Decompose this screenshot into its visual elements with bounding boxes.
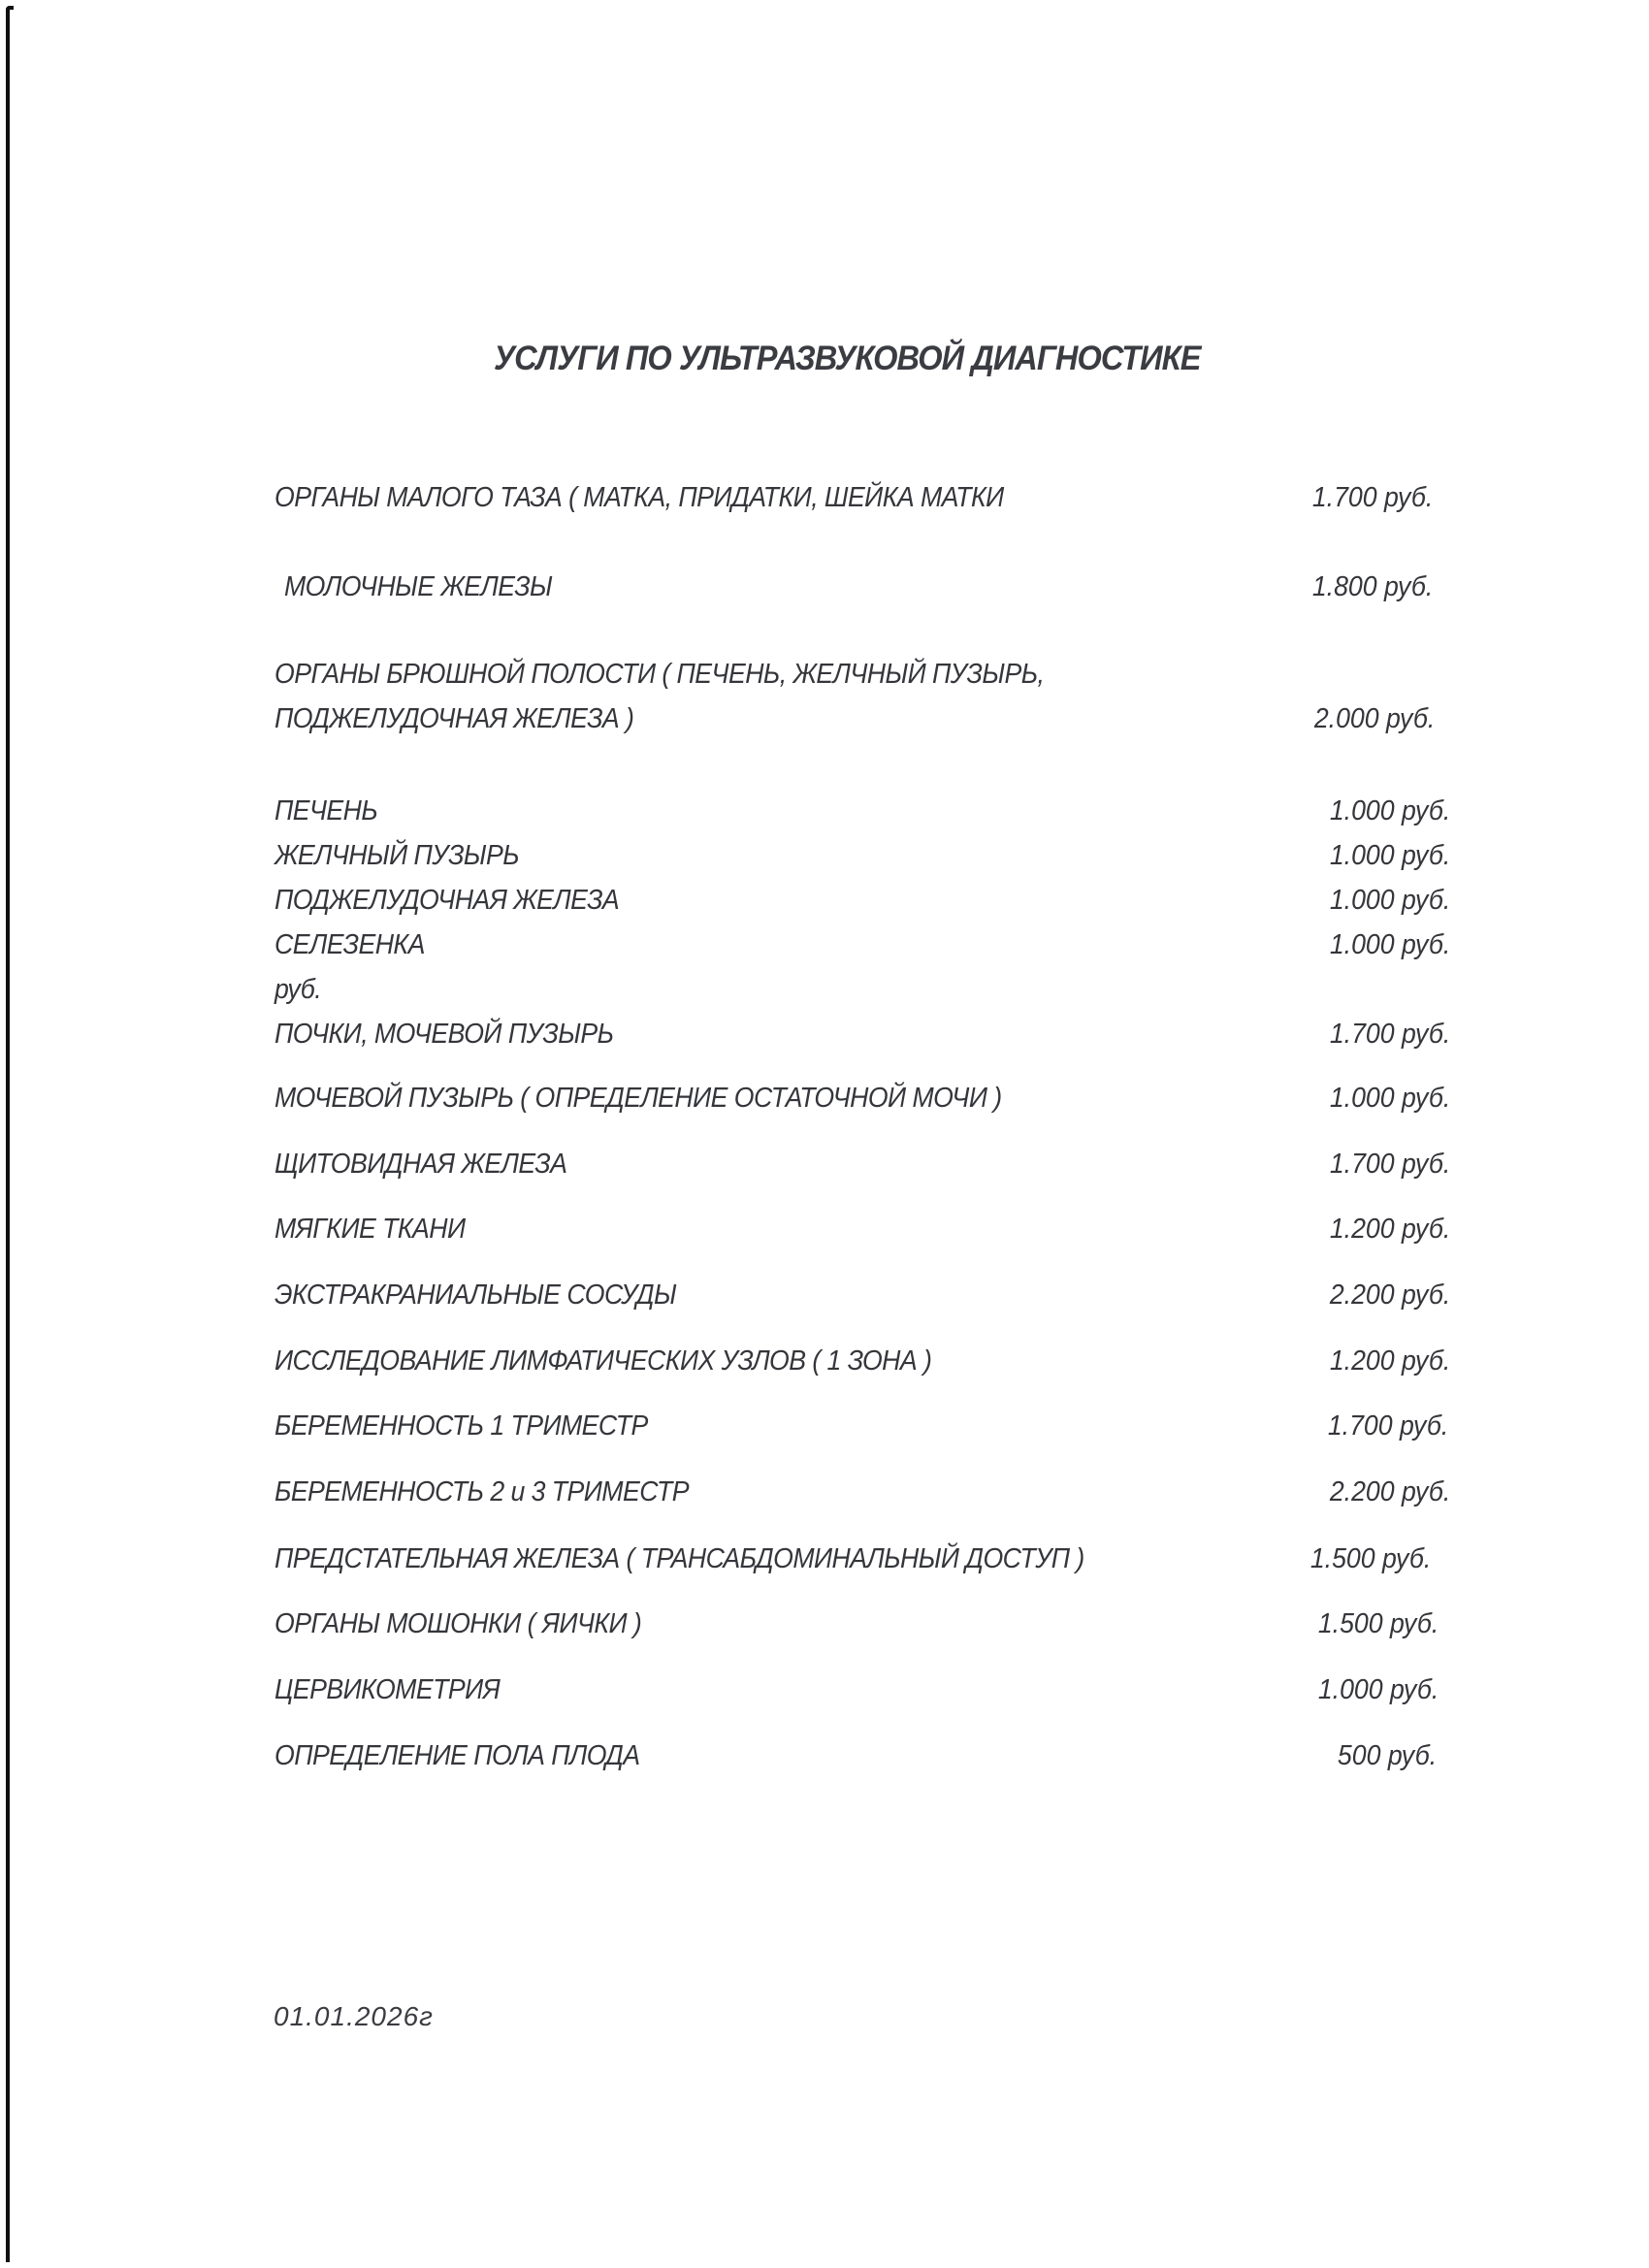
service-price: 1.000 руб. <box>1330 929 1450 961</box>
service-name: ОРГАНЫ МОШОНКИ ( ЯИЧКИ ) <box>275 1608 641 1640</box>
service-price: 1.000 руб. <box>1330 1083 1450 1115</box>
service-price: 2.200 руб. <box>1330 1280 1450 1312</box>
price-row: БЕРЕМЕННОСТЬ 2 и 3 ТРИМЕСТР 2.200 руб. <box>275 1476 1458 1515</box>
service-price: 1.700 руб. <box>1328 1410 1448 1442</box>
service-price: 1.700 руб. <box>1312 482 1433 514</box>
price-row: ОПРЕДЕЛЕНИЕ ПОЛА ПЛОДА 500 руб. <box>275 1740 1458 1779</box>
price-row: ИССЛЕДОВАНИЕ ЛИМФАТИЧЕСКИХ УЗЛОВ ( 1 ЗОН… <box>275 1345 1458 1384</box>
service-price: 1.800 руб. <box>1312 571 1433 603</box>
service-price: 1.500 руб. <box>1318 1608 1439 1640</box>
service-name: ПОЧКИ, МОЧЕВОЙ ПУЗЫРЬ <box>275 1019 613 1051</box>
service-name: ОРГАНЫ МАЛОГО ТАЗА ( МАТКА, ПРИДАТКИ, ШЕ… <box>275 482 1004 514</box>
price-row: МОЛОЧНЫЕ ЖЕЛЕЗЫ 1.800 руб. <box>275 571 1458 610</box>
service-price: 1.000 руб. <box>1318 1674 1439 1706</box>
price-row: ЭКСТРАКРАНИАЛЬНЫЕ СОСУДЫ 2.200 руб. <box>275 1280 1458 1318</box>
price-row: ПОДЖЕЛУДОЧНАЯ ЖЕЛЕЗА ) 2.000 руб. <box>275 703 1458 742</box>
price-row: МОЧЕВОЙ ПУЗЫРЬ ( ОПРЕДЕЛЕНИЕ ОСТАТОЧНОЙ … <box>275 1083 1458 1121</box>
service-price: 1.700 руб. <box>1330 1019 1450 1051</box>
price-row: ПЕЧЕНЬ 1.000 руб. <box>275 795 1458 834</box>
service-name: ПОДЖЕЛУДОЧНАЯ ЖЕЛЕЗА <box>275 885 619 917</box>
page-title: УСЛУГИ ПО УЛЬТРАЗВУКОВОЙ ДИАГНОСТИКЕ <box>58 340 1592 378</box>
service-name: ЭКСТРАКРАНИАЛЬНЫЕ СОСУДЫ <box>275 1280 676 1312</box>
price-row: БЕРЕМЕННОСТЬ 1 ТРИМЕСТР 1.700 руб. <box>275 1410 1458 1449</box>
price-row: СЕЛЕЗЕНКА 1.000 руб. <box>275 929 1458 968</box>
service-price: 500 руб. <box>1338 1740 1437 1772</box>
service-name: БЕРЕМЕННОСТЬ 2 и 3 ТРИМЕСТР <box>275 1476 689 1508</box>
price-row: ЖЕЛЧНЫЙ ПУЗЫРЬ 1.000 руб. <box>275 840 1458 879</box>
service-price: 1.000 руб. <box>1330 840 1450 872</box>
price-row: ОРГАНЫ МОШОНКИ ( ЯИЧКИ ) 1.500 руб. <box>275 1608 1458 1647</box>
price-row: ЩИТОВИДНАЯ ЖЕЛЕЗА 1.700 руб. <box>275 1149 1458 1187</box>
price-row: ПОДЖЕЛУДОЧНАЯ ЖЕЛЕЗА 1.000 руб. <box>275 885 1458 923</box>
scan-border <box>6 6 10 2262</box>
service-name: ОПРЕДЕЛЕНИЕ ПОЛА ПЛОДА <box>275 1740 640 1772</box>
service-price: 1.200 руб. <box>1330 1345 1450 1377</box>
service-price: 1.700 руб. <box>1330 1149 1450 1181</box>
service-name: МОЛОЧНЫЕ ЖЕЛЕЗЫ <box>284 571 552 603</box>
service-name: ЖЕЛЧНЫЙ ПУЗЫРЬ <box>275 840 519 872</box>
scan-border-corner <box>6 6 14 10</box>
service-price: 2.000 руб. <box>1314 703 1435 735</box>
service-price: 1.000 руб. <box>1330 795 1450 827</box>
service-name: ИССЛЕДОВАНИЕ ЛИМФАТИЧЕСКИХ УЗЛОВ ( 1 ЗОН… <box>275 1345 931 1377</box>
price-row: ЦЕРВИКОМЕТРИЯ 1.000 руб. <box>275 1674 1458 1713</box>
service-name: ЩИТОВИДНАЯ ЖЕЛЕЗА <box>275 1149 566 1181</box>
service-name: ПЕЧЕНЬ <box>275 795 377 827</box>
service-price: 1.500 руб. <box>1310 1543 1431 1575</box>
price-row: ПРЕДСТАТЕЛЬНАЯ ЖЕЛЕЗА ( ТРАНСАБДОМИНАЛЬН… <box>275 1543 1458 1582</box>
document-date: 01.01.2026г <box>274 2001 434 2032</box>
service-name: СЕЛЕЗЕНКА <box>275 929 425 961</box>
service-name: ЦЕРВИКОМЕТРИЯ <box>275 1674 500 1706</box>
service-name: ПОДЖЕЛУДОЧНАЯ ЖЕЛЕЗА ) <box>275 703 633 735</box>
service-price: 2.200 руб. <box>1330 1476 1450 1508</box>
service-price: 1.200 руб. <box>1330 1214 1450 1246</box>
service-name: руб. <box>275 974 321 1006</box>
service-name: МОЧЕВОЙ ПУЗЫРЬ ( ОПРЕДЕЛЕНИЕ ОСТАТОЧНОЙ … <box>275 1083 1002 1115</box>
price-row: ОРГАНЫ МАЛОГО ТАЗА ( МАТКА, ПРИДАТКИ, ШЕ… <box>275 482 1458 521</box>
service-name: БЕРЕМЕННОСТЬ 1 ТРИМЕСТР <box>275 1410 648 1442</box>
service-price: 1.000 руб. <box>1330 885 1450 917</box>
service-name: МЯГКИЕ ТКАНИ <box>275 1214 465 1246</box>
price-row: руб. <box>275 974 1458 1013</box>
price-row: ОРГАНЫ БРЮШНОЙ ПОЛОСТИ ( ПЕЧЕНЬ, ЖЕЛЧНЫЙ… <box>275 659 1458 697</box>
service-name: ОРГАНЫ БРЮШНОЙ ПОЛОСТИ ( ПЕЧЕНЬ, ЖЕЛЧНЫЙ… <box>275 659 1044 691</box>
price-row: ПОЧКИ, МОЧЕВОЙ ПУЗЫРЬ 1.700 руб. <box>275 1019 1458 1057</box>
service-name: ПРЕДСТАТЕЛЬНАЯ ЖЕЛЕЗА ( ТРАНСАБДОМИНАЛЬН… <box>275 1543 1084 1575</box>
price-row: МЯГКИЕ ТКАНИ 1.200 руб. <box>275 1214 1458 1252</box>
